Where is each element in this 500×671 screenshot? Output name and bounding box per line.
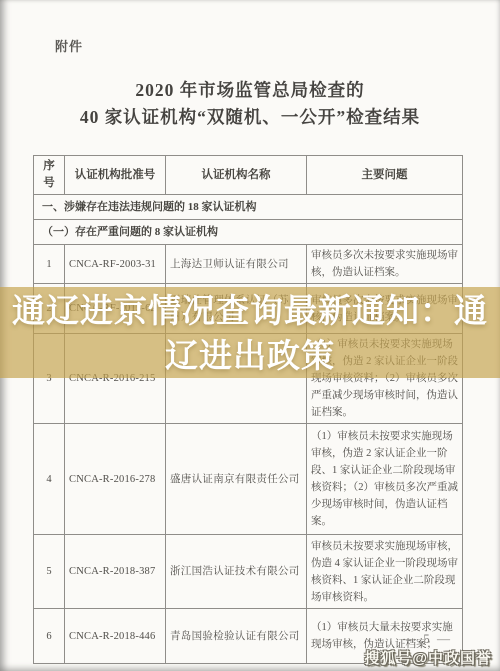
document-title-line1: 2020 年市场监管总局检查的 [0,77,500,104]
row-problem: 审核员未按要求实施现场审核，伪造 4 家认证企业一阶段现场审核资料、1 家认证企… [307,535,463,609]
scanned-document-page: 附件 2020 年市场监管总局检查的 40 家认证机构“双随机、一公开”检查结果… [0,0,500,671]
row-problem: 审核员多次未按要求实施现场审核，伪造认证档案。 [307,245,463,284]
table-row: 4 CNCA-R-2016-278 盛唐认证南京有限责任公司 （1）审核员未按要… [34,424,463,535]
header-approval: 认证机构批准号 [65,156,166,195]
row-no: 1 [34,245,65,284]
section-1-label: 一、涉嫌存在违法违规问题的 18 家认证机构 [34,195,463,220]
header-no: 序号 [34,156,65,195]
row-no: 4 [34,424,65,535]
table-header-row: 序号 认证机构批准号 认证机构名称 主要问题 [34,156,463,195]
row-approval: CNCA-RF-2003-31 [65,245,166,284]
row-approval: CNCA-R-2018-387 [65,535,166,609]
row-name: 上海达卫师认证有限公司 [166,245,307,284]
document-title: 2020 年市场监管总局检查的 40 家认证机构“双随机、一公开”检查结果 [0,77,500,131]
row-name: 青岛国验检验认证有限公司 [166,609,307,664]
table-row: 1 CNCA-RF-2003-31 上海达卫师认证有限公司 审核员多次未按要求实… [34,245,463,284]
overlay-text-line2: 辽进出政策 [165,333,335,378]
header-name: 认证机构名称 [166,156,307,195]
row-approval: CNCA-R-2018-446 [65,609,166,664]
row-no: 6 [34,609,65,664]
overlay-banner: 通辽进京情况查询最新通知：通 辽进出政策 [0,287,500,378]
overlay-text-line1: 通辽进京情况查询最新通知：通 [12,288,488,333]
table-row: 5 CNCA-R-2018-387 浙江国浩认证技术有限公司 审核员未按要求实施… [34,535,463,609]
row-problem: （1）审核员未按要求实施现场审核，伪造 2 家认证企业一阶段、1 家认证企业二阶… [307,424,463,535]
row-no: 5 [34,535,65,609]
watermark-label: 搜狐号@中政国誉 [364,647,492,668]
section-2-label: （一）存在严重问题的 8 家认证机构 [34,220,463,245]
attachment-label: 附件 [55,36,83,55]
row-approval: CNCA-R-2016-278 [65,424,166,535]
header-problem: 主要问题 [307,156,463,195]
document-title-line2: 40 家认证机构“双随机、一公开”检查结果 [0,104,500,131]
row-name: 浙江国浩认证技术有限公司 [166,535,307,609]
section-row-2: （一）存在严重问题的 8 家认证机构 [34,220,463,245]
section-row-1: 一、涉嫌存在违法违规问题的 18 家认证机构 [34,195,463,220]
inspection-results-table: 序号 认证机构批准号 认证机构名称 主要问题 一、涉嫌存在违法违规问题的 18 … [33,155,463,664]
page-number: — 5 — [403,631,452,647]
row-name: 盛唐认证南京有限责任公司 [166,424,307,535]
